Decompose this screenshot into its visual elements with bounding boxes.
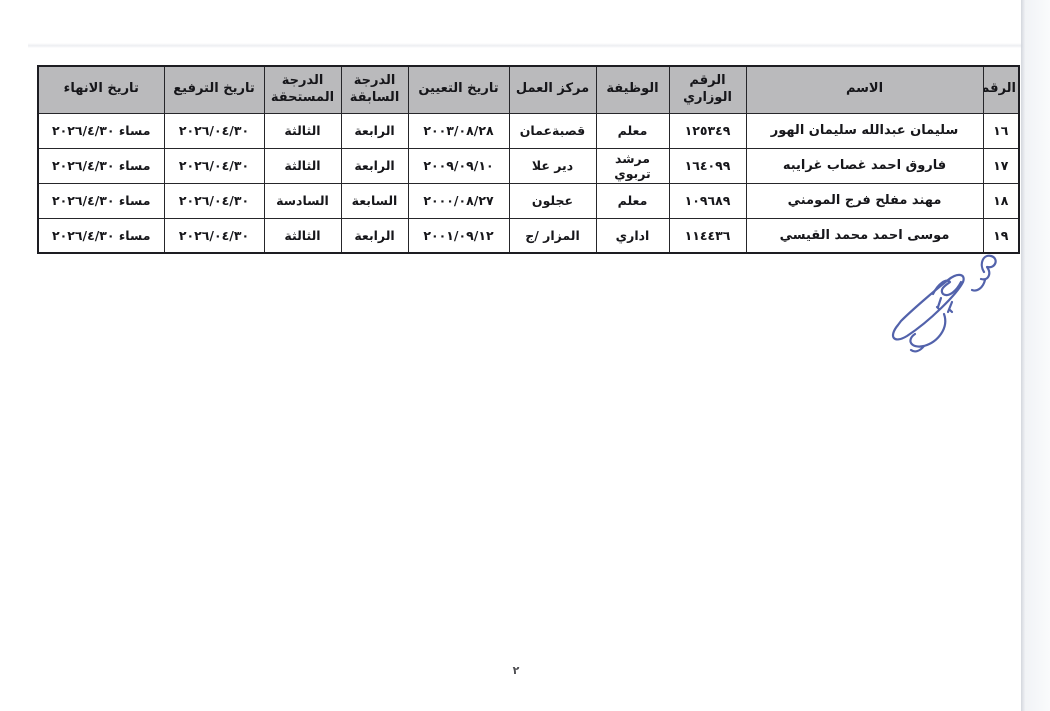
cell-previous-grade: الرابعة	[341, 218, 408, 253]
table-header-row: الرقم الاسم الرقم الوزاري الوظيفة مركز ا…	[38, 66, 1019, 113]
cell-job: معلم	[596, 183, 669, 218]
header-ministry-number: الرقم الوزاري	[669, 66, 746, 113]
cell-entitled-grade: الثالثة	[264, 148, 341, 183]
cell-promotion-date: ٢٠٢٦/٠٤/٣٠	[164, 148, 264, 183]
cell-entitled-grade: السادسة	[264, 183, 341, 218]
cell-ministry-number: ١٦٤٠٩٩	[669, 148, 746, 183]
cell-previous-grade: الرابعة	[341, 148, 408, 183]
header-termination-date: تاريخ الانهاء	[38, 66, 164, 113]
handwritten-signature	[878, 241, 1023, 353]
cell-work-center: قصبةعمان	[509, 113, 596, 148]
cell-number: ١٧	[983, 148, 1019, 183]
header-number: الرقم	[983, 66, 1019, 113]
cell-number: ١٦	[983, 113, 1019, 148]
cell-entitled-grade: الثالثة	[264, 113, 341, 148]
header-appointment-date: تاريخ التعيين	[408, 66, 509, 113]
header-entitled-grade: الدرجة المستحقة	[264, 66, 341, 113]
cell-termination-date: مساء ٢٠٢٦/٤/٣٠	[38, 148, 164, 183]
scan-margin-band	[1025, 0, 1050, 711]
header-job: الوظيفة	[596, 66, 669, 113]
cell-appointment-date: ٢٠٠٩/٠٩/١٠	[408, 148, 509, 183]
header-work-center: مركز العمل	[509, 66, 596, 113]
cell-work-center: دير علا	[509, 148, 596, 183]
header-promotion-date: تاريخ الترفيع	[164, 66, 264, 113]
cell-job: اداري	[596, 218, 669, 253]
cell-work-center: المزار /ج	[509, 218, 596, 253]
cell-ministry-number: ١٢٥٣٤٩	[669, 113, 746, 148]
table-row: ١٦ سليمان عبدالله سليمان الهور ١٢٥٣٤٩ مع…	[38, 113, 1019, 148]
cell-appointment-date: ٢٠٠٠/٠٨/٢٧	[408, 183, 509, 218]
cell-ministry-number: ١١٤٤٣٦	[669, 218, 746, 253]
cell-appointment-date: ٢٠٠١/٠٩/١٢	[408, 218, 509, 253]
header-previous-grade: الدرجة السابقة	[341, 66, 408, 113]
cell-promotion-date: ٢٠٢٦/٠٤/٣٠	[164, 183, 264, 218]
scanned-document-page: الرقم الاسم الرقم الوزاري الوظيفة مركز ا…	[0, 0, 1050, 711]
cell-termination-date: مساء ٢٠٢٦/٤/٣٠	[38, 218, 164, 253]
cell-name: سليمان عبدالله سليمان الهور	[746, 113, 983, 148]
signature-top-mark	[981, 256, 996, 280]
cell-previous-grade: الرابعة	[341, 113, 408, 148]
employee-promotion-table: الرقم الاسم الرقم الوزاري الوظيفة مركز ا…	[37, 65, 1020, 254]
cell-work-center: عجلون	[509, 183, 596, 218]
cell-termination-date: مساء ٢٠٢٦/٤/٣٠	[38, 113, 164, 148]
cell-ministry-number: ١٠٩٦٨٩	[669, 183, 746, 218]
cell-number: ١٨	[983, 183, 1019, 218]
cell-job: معلم	[596, 113, 669, 148]
signature-main-loop	[893, 275, 964, 340]
cell-job: مرشد تربوي	[596, 148, 669, 183]
scan-top-shadow	[28, 43, 1023, 48]
cell-promotion-date: ٢٠٢٦/٠٤/٣٠	[164, 218, 264, 253]
cell-entitled-grade: الثالثة	[264, 218, 341, 253]
cell-name: مهند مفلح فرج المومني	[746, 183, 983, 218]
cell-previous-grade: السابعة	[341, 183, 408, 218]
table-row: ١٨ مهند مفلح فرج المومني ١٠٩٦٨٩ معلم عجل…	[38, 183, 1019, 218]
cell-promotion-date: ٢٠٢٦/٠٤/٣٠	[164, 113, 264, 148]
page-number: ٢	[503, 664, 529, 677]
header-name: الاسم	[746, 66, 983, 113]
cell-name: فاروق احمد غصاب غرايبه	[746, 148, 983, 183]
cell-appointment-date: ٢٠٠٣/٠٨/٢٨	[408, 113, 509, 148]
table-row: ١٩ موسى احمد محمد القيسي ١١٤٤٣٦ اداري ال…	[38, 218, 1019, 253]
cell-termination-date: مساء ٢٠٢٦/٤/٣٠	[38, 183, 164, 218]
table-row: ١٧ فاروق احمد غصاب غرايبه ١٦٤٠٩٩ مرشد تر…	[38, 148, 1019, 183]
